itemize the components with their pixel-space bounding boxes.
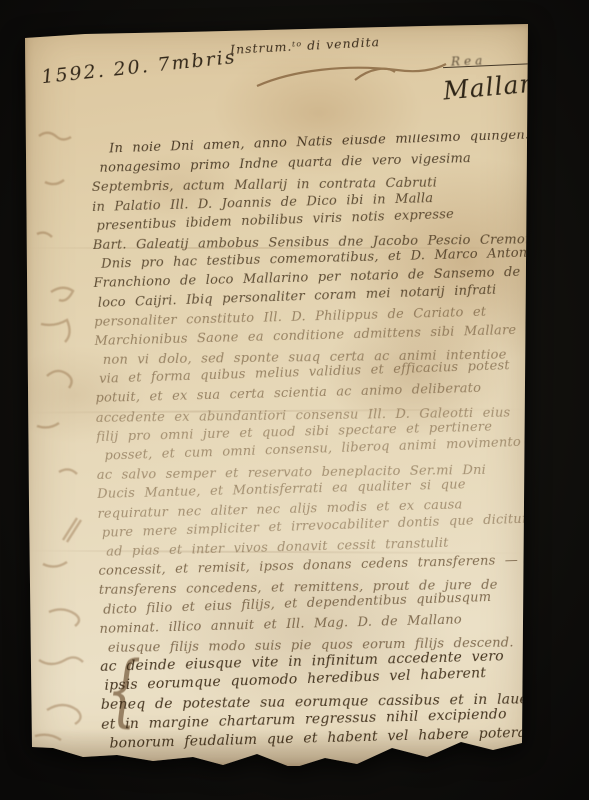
place-name-mallare: Mallare (442, 67, 549, 105)
manuscript-body-text: In noie Dni amen, anno Natis eiusde mill… (91, 132, 550, 754)
paper-sheet-wrapper: 1592. 20. 7mbris Instrum.ᵗᵒ di vendita R… (25, 24, 531, 766)
photograph-of-manuscript: 1592. 20. 7mbris Instrum.ᵗᵒ di vendita R… (0, 0, 589, 800)
pen-flourish-mark (257, 64, 446, 86)
manuscript-paper-sheet: 1592. 20. 7mbris Instrum.ᵗᵒ di vendita R… (25, 24, 531, 766)
archival-date-note: 1592. 20. 7mbris (40, 46, 237, 88)
docket-title: Instrum.ᵗᵒ di vendita (230, 34, 381, 57)
ink-bleedthrough-marks (35, 133, 83, 740)
